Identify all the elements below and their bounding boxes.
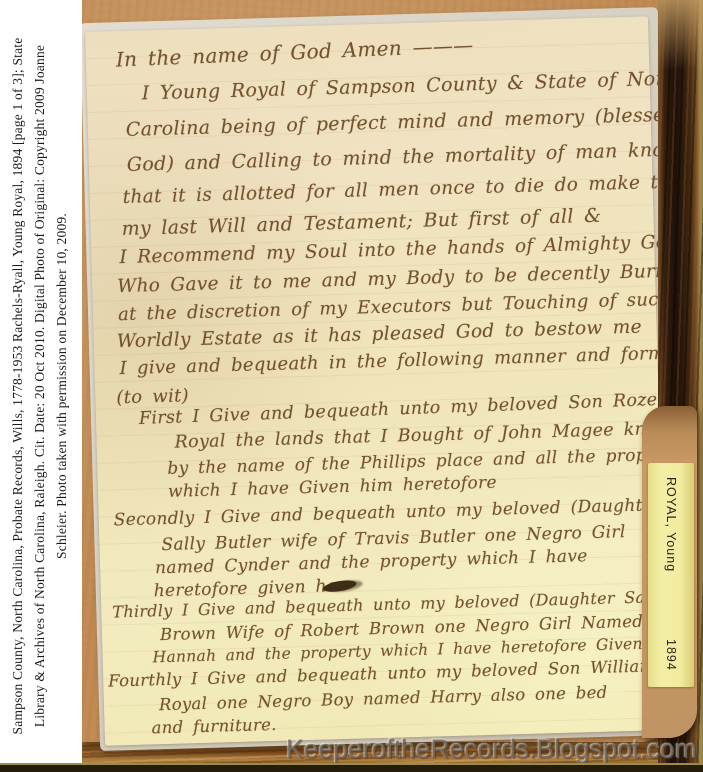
citation-line: Schleier. Photo taken with permission on… xyxy=(51,0,73,772)
handwriting-line: Carolina being of perfect mind and memor… xyxy=(126,103,703,141)
document-photo: In the name of God Amen ——— I Young Roya… xyxy=(82,0,703,772)
handwriting-line: In the name of God Amen ——— xyxy=(115,33,473,72)
handwriting-line: Royal one Negro Boy named Harry also one… xyxy=(159,683,608,715)
photo-bottom-edge xyxy=(0,763,703,772)
citation-text: Sampson County, North Carolina, Probate … xyxy=(7,0,77,772)
handwriting-line: and furniture. xyxy=(151,715,277,737)
handwriting-line: that it is allotted for all men once to … xyxy=(122,171,686,208)
handwriting-line: (to wit) xyxy=(116,385,189,408)
tab-name-label: ROYAL, Young xyxy=(664,477,678,572)
index-tab-sticker: ROYAL, Young 1894 xyxy=(648,463,694,687)
citation-sidebar: Sampson County, North Carolina, Probate … xyxy=(0,0,82,772)
citation-line: Library & Archives of North Carolina, Ra… xyxy=(29,0,51,772)
tab-year-label: 1894 xyxy=(664,639,678,671)
citation-line: Sampson County, North Carolina, Probate … xyxy=(7,0,29,772)
watermark: KeeperoftheRecords.Blogspot.com xyxy=(286,734,697,765)
handwriting-line: God) and Calling to mind the mortality o… xyxy=(127,138,703,176)
scan-page: Sampson County, North Carolina, Probate … xyxy=(0,0,703,772)
handwriting-line: I Young Royal of Sampson County & State … xyxy=(142,67,686,104)
will-page: In the name of God Amen ——— I Young Roya… xyxy=(85,16,668,745)
